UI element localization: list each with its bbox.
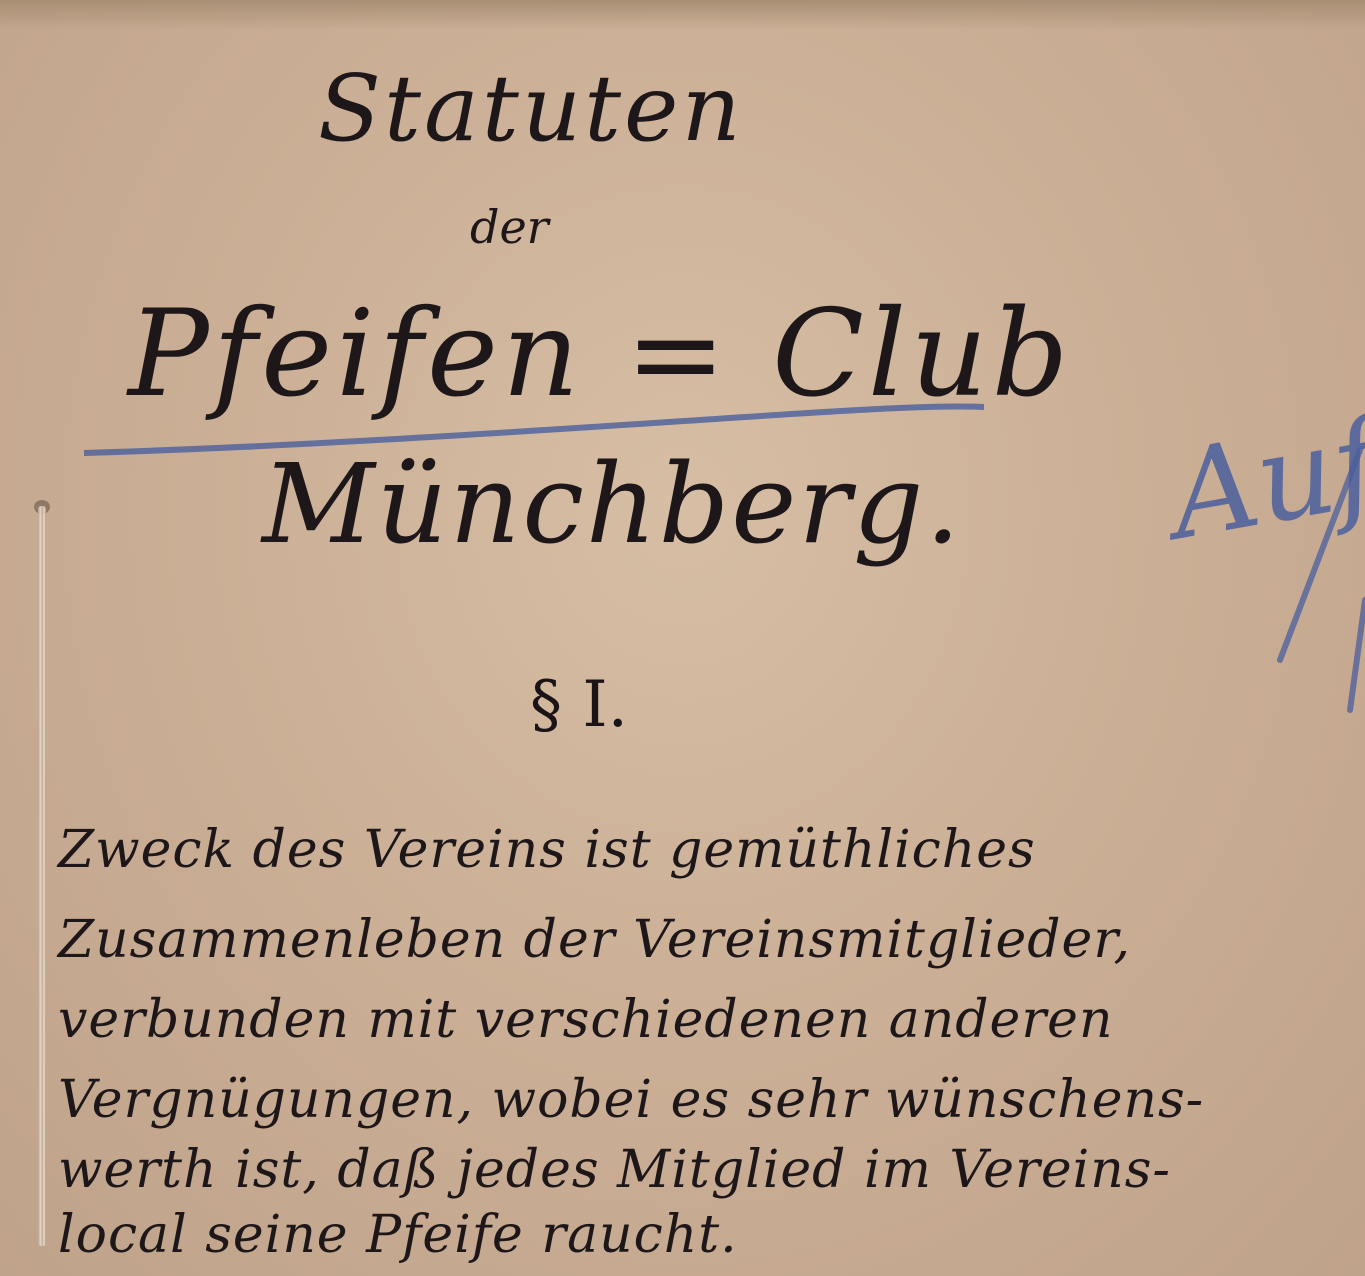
body-line: local seine Pfeife raucht. [58, 1205, 738, 1265]
body-line: Zweck des Vereins ist gemüthliches [58, 820, 1036, 880]
section-heading: § I. [530, 668, 628, 742]
blue-pencil-stroke [1270, 420, 1365, 720]
document-title: Statuten [318, 55, 744, 162]
document-subtitle-article: der [470, 200, 549, 254]
body-line: verbunden mit verschiedenen anderen [58, 990, 1113, 1050]
body-line: Vergnügungen, wobei es sehr wünschens- [58, 1070, 1204, 1130]
body-line: Zusammenleben der Vereinsmitglieder, [58, 910, 1131, 970]
body-line: werth ist, daß jedes Mitglied im Vereins… [58, 1140, 1171, 1200]
club-city: Münchberg. [262, 440, 962, 568]
binding-thread [38, 506, 46, 1246]
page-top-edge [0, 0, 1365, 30]
